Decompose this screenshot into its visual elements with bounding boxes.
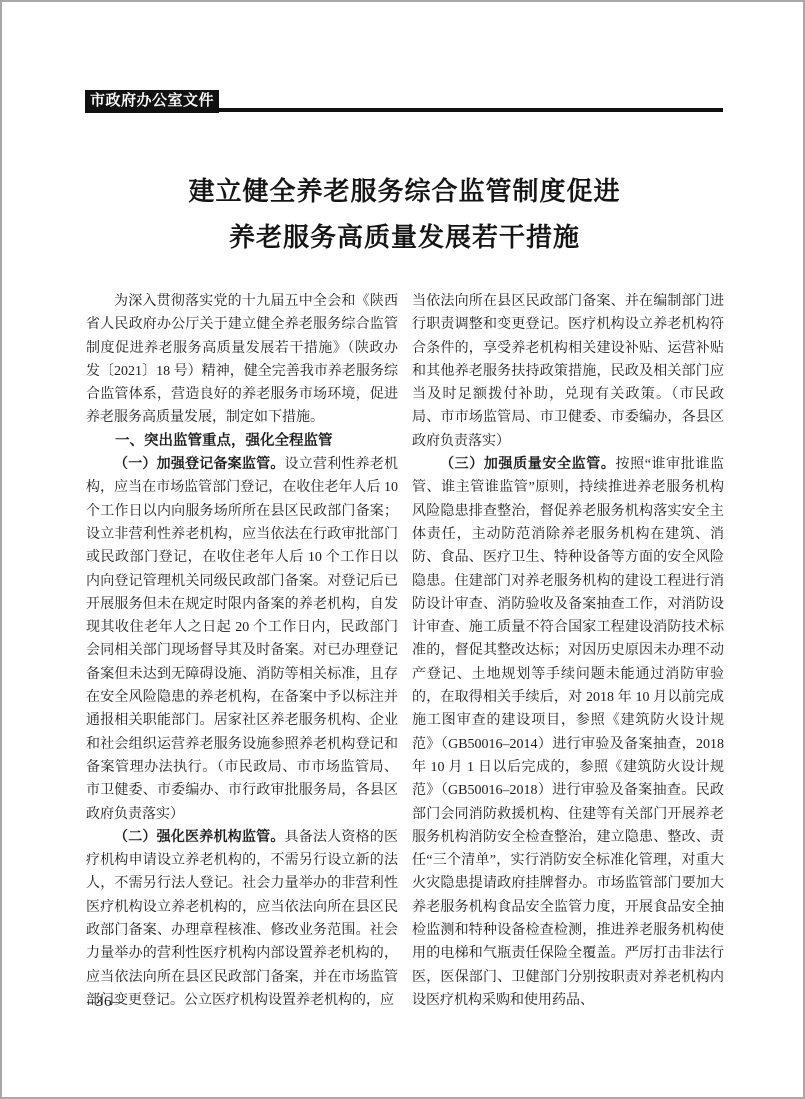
paragraph-text: 按照“谁审批谁监管、谁主管谁监管”原则，持续推进养老服务机构风险隐患排查整治，督… [412, 457, 724, 1008]
left-column: 为深入贯彻落实党的十九届五中全会和《陕西省人民政府办公厅关于建立健全养老服务综合… [86, 290, 398, 1012]
paragraph-lead: （一）加强登记备案监管。 [114, 457, 285, 472]
document-page: 市政府办公室文件 建立健全养老服务综合监管制度促进 养老服务高质量发展若干措施 … [0, 0, 805, 1099]
paragraph-text: 为深入贯彻落实党的十九届五中全会和《陕西省人民政府办公厅关于建立健全养老服务综合… [86, 294, 398, 425]
paragraph-text: 设立营利性养老机构，应当在市场监管部门登记，在收住老年人后 10 个工作日以内向… [86, 457, 398, 821]
page-number: –36– [87, 994, 121, 1011]
right-column: 当依法向所在县区民政部门备案、并在编制部门进行职责调整和变更登记。医疗机构设立养… [412, 290, 724, 1012]
heading-text: 一、突出监管重点，强化全程监管 [115, 433, 333, 449]
paragraph-item-3: （三）加强质量安全监管。按照“谁审批谁监管、谁主管谁监管”原则，持续推进养老服务… [412, 453, 724, 1012]
section-heading-1: 一、突出监管重点，强化全程监管 [86, 430, 398, 453]
paragraph-continuation: 当依法向所在县区民政部门备案、并在编制部门进行职责调整和变更登记。医疗机构设立养… [412, 290, 724, 453]
paragraph-intro: 为深入贯彻落实党的十九届五中全会和《陕西省人民政府办公厅关于建立健全养老服务综合… [86, 290, 398, 430]
paragraph-text: 当依法向所在县区民政部门备案、并在编制部门进行职责调整和变更登记。医疗机构设立养… [412, 294, 724, 449]
document-title: 建立健全养老服务综合监管制度促进 养老服务高质量发展若干措施 [2, 169, 805, 261]
paragraph-item-2: （二）强化医养机构监管。具备法人资格的医疗机构申请设立养老机构的，不需另行设立新… [86, 826, 398, 1012]
paragraph-lead: （三）加强质量安全监管。 [440, 457, 615, 472]
header-label: 市政府办公室文件 [85, 90, 219, 113]
paragraph-item-1: （一）加强登记备案监管。设立营利性养老机构，应当在市场监管部门登记，在收住老年人… [86, 453, 398, 826]
paragraph-text: 具备法人资格的医疗机构申请设立养老机构的，不需另行设立新的法人，不需另行法人登记… [86, 830, 398, 1008]
paragraph-lead: （二）强化医养机构监管。 [114, 830, 285, 845]
title-line-2: 养老服务高质量发展若干措施 [2, 215, 805, 261]
title-line-1: 建立健全养老服务综合监管制度促进 [2, 169, 805, 215]
